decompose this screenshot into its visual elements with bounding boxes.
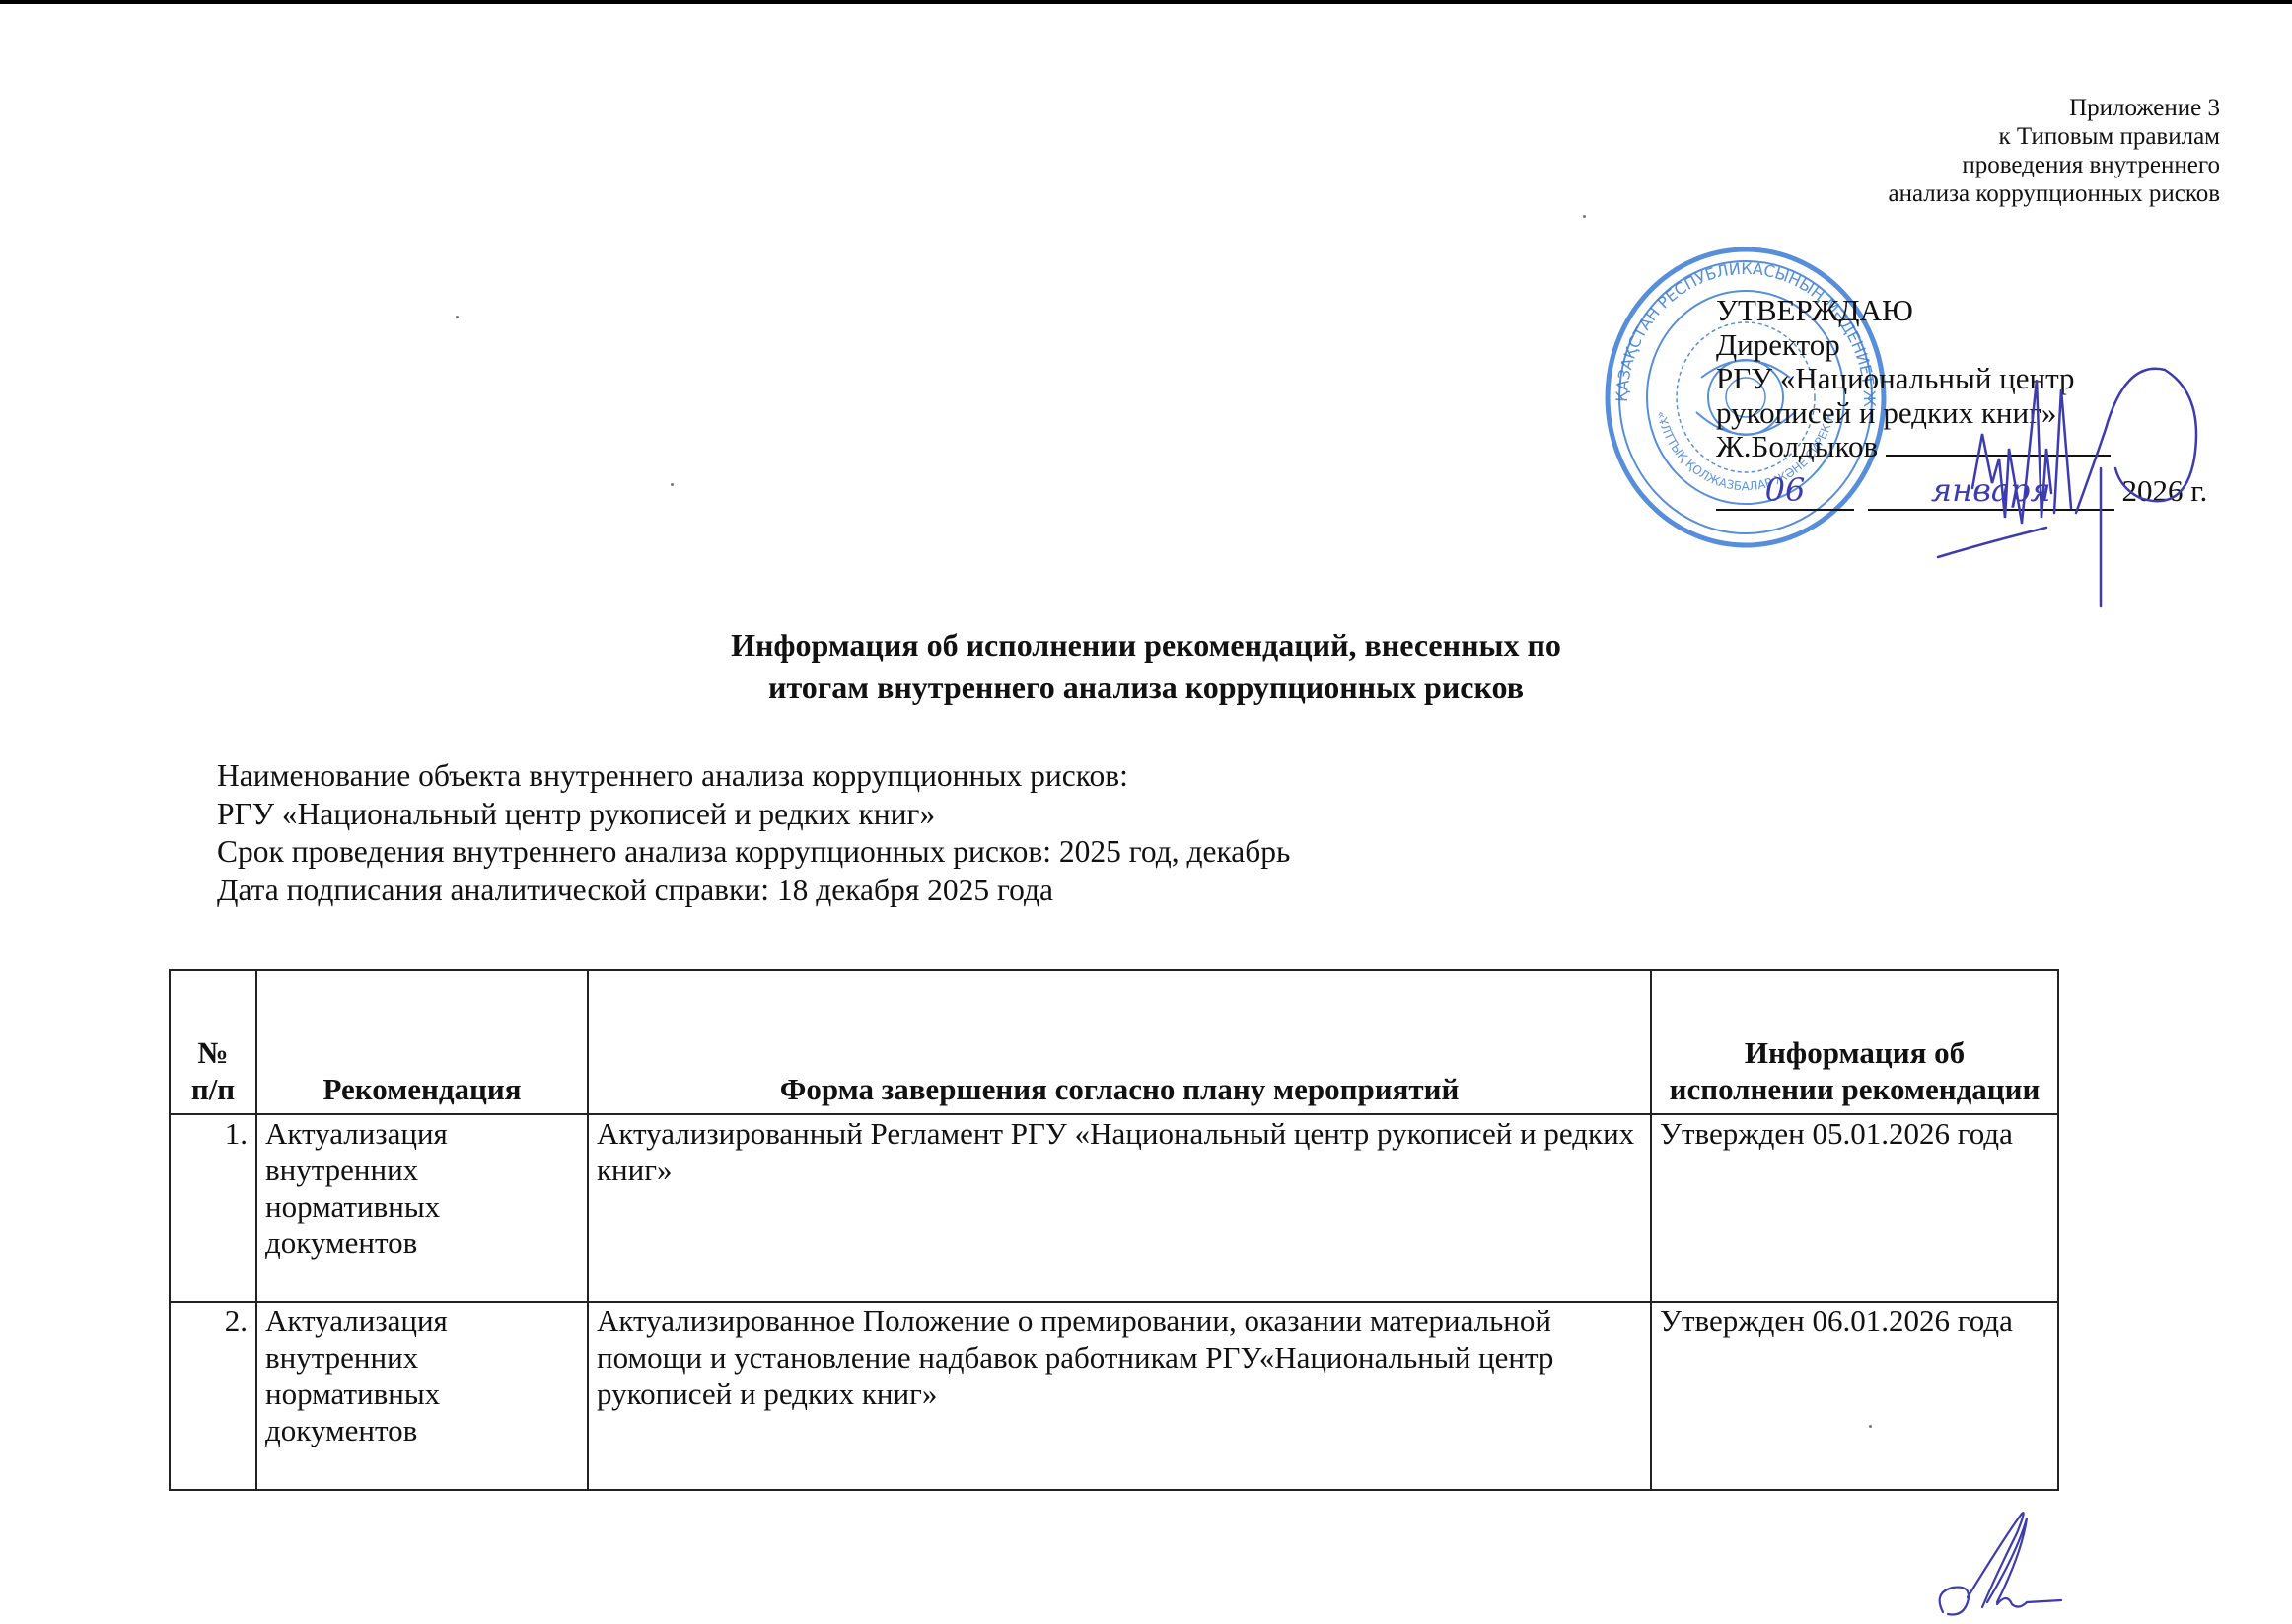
title-line1: Информация об исполнении рекомендаций, в… (0, 624, 2292, 667)
appendix-line: Приложение 3 (1888, 94, 2220, 122)
table-row: 2. Актуализация внутренних нормативных д… (170, 1302, 2058, 1490)
header-form: Форма завершения согласно плану мероприя… (588, 970, 1651, 1114)
cell-num: 2. (170, 1302, 256, 1490)
director-signature-icon (1898, 340, 2254, 616)
appendix-line: проведения внутреннего (1888, 151, 2220, 179)
analysis-period: Срок проведения внутреннего анализа корр… (217, 833, 1290, 872)
title-line2: итогам внутреннего анализа коррупционных… (0, 667, 2292, 709)
object-label: Наименование объекта внутреннего анализа… (217, 757, 1290, 796)
cell-recommendation: Актуализация внутренних нормативных доку… (256, 1302, 588, 1490)
document-meta: Наименование объекта внутреннего анализа… (217, 757, 1290, 909)
cell-recommendation: Актуализация внутренних нормативных доку… (256, 1114, 588, 1302)
cell-info: Утвержден 06.01.2026 года (1651, 1302, 2058, 1490)
header-info: Информация об исполнении рекомендации (1651, 970, 2058, 1114)
initials-signature-icon (1928, 1494, 2076, 1624)
cell-num: 1. (170, 1114, 256, 1302)
scan-speck (1583, 215, 1586, 218)
scan-edge (0, 0, 2292, 4)
cell-form: Актуализированный Регламент РГУ «Национа… (588, 1114, 1651, 1302)
table-header-row: № п/п Рекомендация Форма завершения согл… (170, 970, 2058, 1114)
cell-form: Актуализированное Положение о премирован… (588, 1302, 1651, 1490)
appendix-line: анализа коррупционных рисков (1888, 179, 2220, 208)
approval-name: Ж.Болдыков (1716, 429, 1878, 463)
header-recommendation: Рекомендация (256, 970, 588, 1114)
table-row: 1. Актуализация внутренних нормативных д… (170, 1114, 2058, 1302)
scan-speck (1869, 1425, 1872, 1428)
signing-date: Дата подписания аналитической справки: 1… (217, 872, 1290, 910)
cell-info: Утвержден 05.01.2026 года (1651, 1114, 2058, 1302)
date-day: 06 (1765, 471, 1806, 509)
header-num: № п/п (170, 970, 256, 1114)
document-title: Информация об исполнении рекомендаций, в… (0, 624, 2292, 709)
scan-speck (671, 483, 674, 486)
object-value: РГУ «Национальный центр рукописей и редк… (217, 796, 1290, 834)
appendix-line: к Типовым правилам (1888, 122, 2220, 151)
recommendations-table: № п/п Рекомендация Форма завершения согл… (169, 969, 2059, 1491)
scan-speck (456, 316, 459, 318)
appendix-note: Приложение 3 к Типовым правилам проведен… (1888, 94, 2220, 208)
approval-heading: УТВЕРЖДАЮ (1716, 294, 2111, 328)
